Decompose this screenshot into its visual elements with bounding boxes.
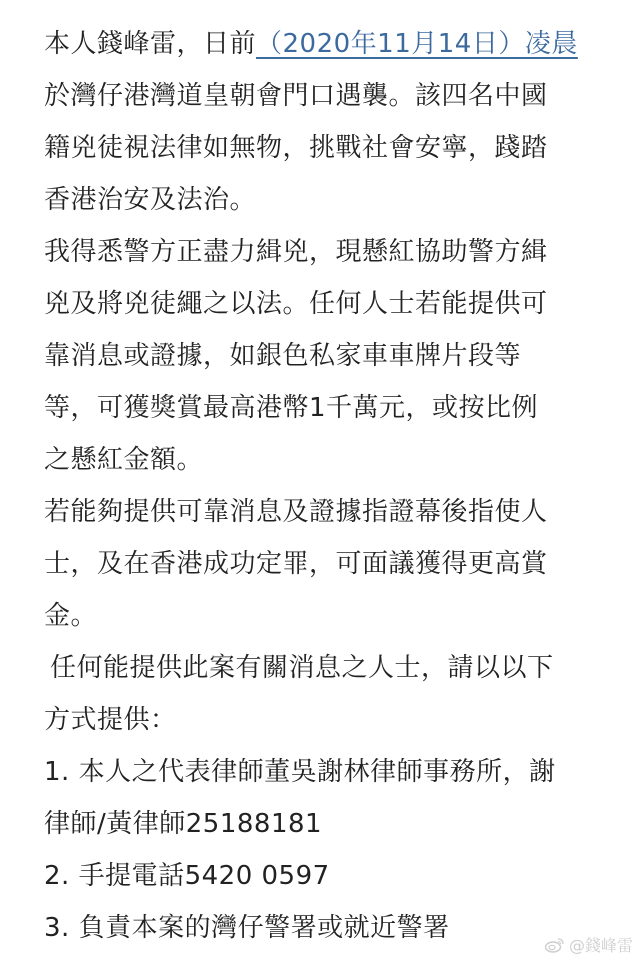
date-link[interactable]: （2020年11月14日）凌晨 [256,31,578,57]
contact-item-police: 3. 負責本案的灣仔警署或就近警署 [44,902,614,954]
contact-item-mobile: 2. 手提電話5420 0597 [44,850,614,902]
text-line: 本人錢峰雷，日前（2020年11月14日）凌晨 [44,18,614,70]
watermark-text: @錢峰雷 [569,933,633,956]
text-line: 若能夠提供可靠消息及證據指證幕後指使人 [44,486,614,538]
contact-item-lawyer-phone: 律師/黃律師25188181 [44,798,614,850]
text-line: 士，及在香港成功定罪，可面議獲得更高賞 [44,538,614,590]
text-line: 我得悉警方正盡力緝兇，現懸紅協助警方緝 [44,226,614,278]
text-line: 方式提供： [44,694,614,746]
text-line: 靠消息或證據，如銀色私家車車牌片段等 [44,330,614,382]
text-line: 金。 [44,590,614,642]
text-segment: 本人錢峰雷，日前 [44,31,256,57]
text-line: 之懸紅金額。 [44,434,614,486]
text-line: 香港治安及法治。 [44,174,614,226]
weibo-watermark: @錢峰雷 [545,933,633,956]
text-line: 籍兇徒視法律如無物，挑戰社會安寧，踐踏 [44,122,614,174]
text-line: 兇及將兇徒繩之以法。任何人士若能提供可 [44,278,614,330]
text-line: 於灣仔港灣道皇朝會門口遇襲。該四名中國 [44,70,614,122]
weibo-icon [545,937,565,953]
contact-item-lawyer: 1. 本人之代表律師董吳謝林律師事務所，謝 [44,746,614,798]
text-line: 等，可獲獎賞最高港幣1千萬元，或按比例 [44,382,614,434]
statement-document: 本人錢峰雷，日前（2020年11月14日）凌晨 於灣仔港灣道皇朝會門口遇襲。該四… [44,18,614,954]
text-line: 任何能提供此案有關消息之人士，請以以下 [44,642,614,694]
